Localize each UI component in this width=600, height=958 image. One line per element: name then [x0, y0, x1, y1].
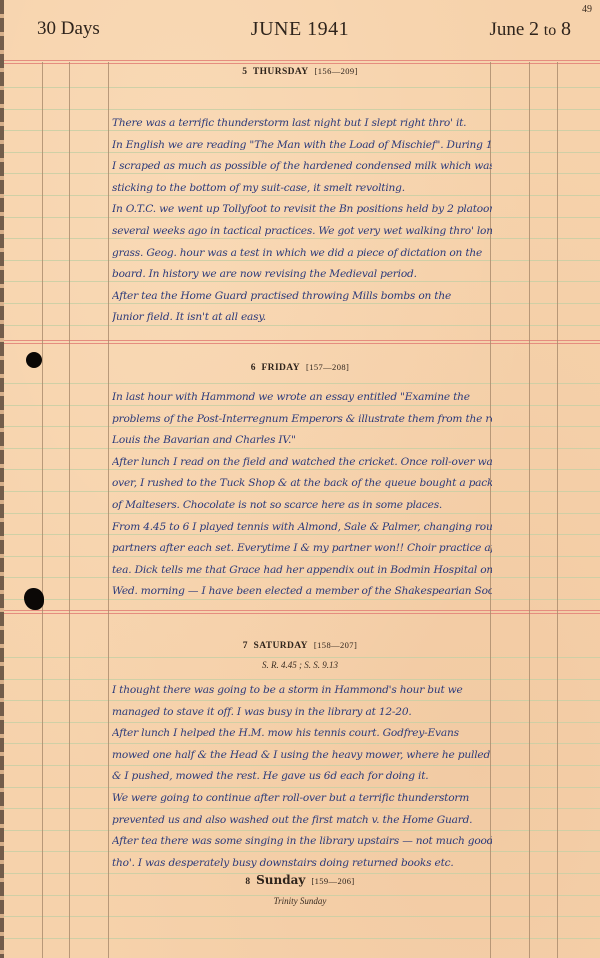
entry-line: In English we are reading "The Man with … — [112, 135, 492, 157]
ruled-line — [4, 109, 600, 110]
entry-line: & I pushed, mowed the rest. He gave us 6… — [112, 766, 492, 788]
entry-line: There was a terrific thunderstorm last n… — [112, 113, 492, 135]
entry-line: Wed. morning — I have been elected a mem… — [112, 581, 492, 603]
day-heading-saturday: 7 SATURDAY[158—207] — [0, 640, 600, 651]
entry-line: problems of the Post-Interregnum Emperor… — [112, 409, 492, 431]
week-range: June 2 to 8 — [489, 18, 571, 41]
entry-line: After lunch I read on the field and watc… — [112, 452, 492, 474]
entry-line: managed to stave it off. I was busy in t… — [112, 702, 492, 724]
day-heading-sunday: 8 Sunday[159—206] — [0, 873, 600, 887]
entry-line: over, I rushed to the Tuck Shop & at the… — [112, 473, 492, 495]
ruled-line — [4, 938, 600, 939]
section-divider — [4, 610, 600, 614]
entry-line: mowed one half & the Head & I using the … — [112, 745, 492, 767]
margin-rule — [69, 62, 70, 958]
day-heading-friday: 6 FRIDAY[157—208] — [0, 362, 600, 373]
margin-rule — [529, 62, 530, 958]
entry-line: of Maltesers. Chocolate is not so scarce… — [112, 495, 492, 517]
ruled-line — [4, 383, 600, 384]
section-divider — [4, 340, 600, 344]
entry-line: In O.T.C. we went up Tollyfoot to revisi… — [112, 199, 492, 221]
entry-line: In last hour with Hammond we wrote an es… — [112, 387, 492, 409]
entry-line: grass. Geog. hour was a test in which we… — [112, 243, 492, 265]
ruled-line — [4, 916, 600, 917]
ruled-line — [4, 657, 600, 658]
sunrise-sunset: S. R. 4.45 ; S. S. 9.13 — [0, 660, 600, 670]
entry-line: several weeks ago in tactical practices.… — [112, 221, 492, 243]
feast-day-label: Trinity Sunday — [0, 896, 600, 906]
entry-line: After tea there was some singing in the … — [112, 831, 492, 853]
entry-line: board. In history we are now revising th… — [112, 264, 492, 286]
entry-line: partners after each set. Everytime I & m… — [112, 538, 492, 560]
entry-line: sticking to the bottom of my suit-case, … — [112, 178, 492, 200]
entry-line: prevented us and also washed out the fir… — [112, 810, 492, 832]
section-divider — [4, 60, 600, 64]
week-range-to-word: to — [544, 22, 556, 39]
entry-line: After tea the Home Guard practised throw… — [112, 286, 492, 308]
entry-line: I thought there was going to be a storm … — [112, 680, 492, 702]
day-heading-thursday: 5 THURSDAY[156—209] — [0, 66, 600, 77]
entry-line: tho'. I was desperately busy downstairs … — [112, 853, 492, 875]
margin-rule — [557, 62, 558, 958]
punch-hole — [24, 588, 44, 610]
week-range-to: 8 — [561, 18, 571, 40]
margin-rule — [108, 62, 109, 958]
entry-line: Louis the Bavarian and Charles IV." — [112, 430, 492, 452]
ruled-line — [4, 87, 600, 88]
entry-line: Junior field. It isn't at all easy. — [112, 307, 492, 329]
entry-thursday: There was a terrific thunderstorm last n… — [112, 113, 492, 329]
week-range-from: 2 — [529, 18, 539, 40]
diary-page: 49 30 Days JUNE 1941 June 2 to 8 5 THURS… — [0, 0, 600, 958]
margin-rule — [42, 62, 43, 958]
entry-line: We were going to continue after roll-ove… — [112, 788, 492, 810]
entry-line: tea. Dick tells me that Grace had her ap… — [112, 560, 492, 582]
page-number: 49 — [582, 4, 592, 15]
entry-line: From 4.45 to 6 I played tennis with Almo… — [112, 517, 492, 539]
week-range-prefix: June — [489, 19, 524, 40]
binding-edge — [0, 0, 4, 958]
entry-saturday: I thought there was going to be a storm … — [112, 680, 492, 874]
entry-line: I scraped as much as possible of the har… — [112, 156, 492, 178]
entry-line: After lunch I helped the H.M. mow his te… — [112, 723, 492, 745]
entry-friday: In last hour with Hammond we wrote an es… — [112, 387, 492, 603]
